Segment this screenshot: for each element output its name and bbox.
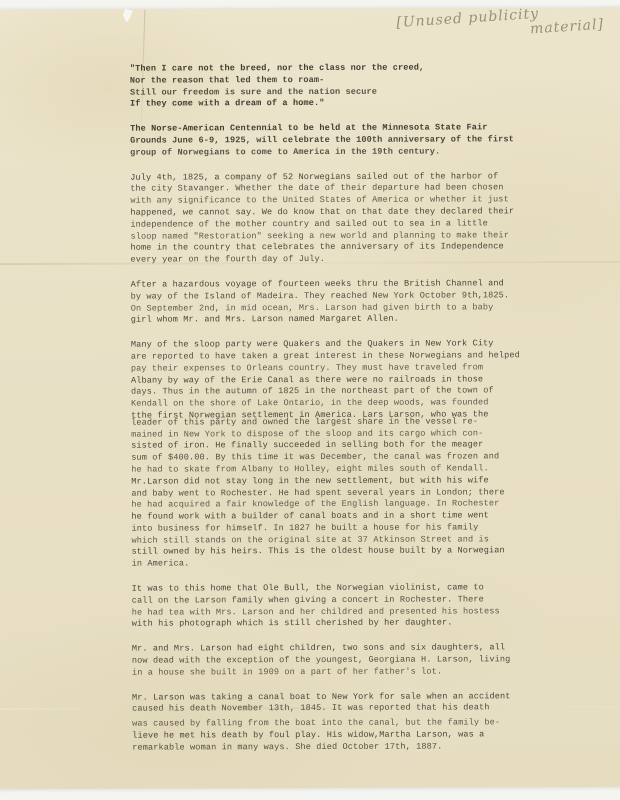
text-line: he had tea with Mrs. Larson and her chil… [132,606,522,619]
text-line: in America. [132,558,522,571]
text-line: was caused by falling from the boat into… [132,718,522,731]
paragraph-settlement: Many of the sloop party were Quakers and… [131,338,522,570]
text-line: If they come with a dream of a home." [130,98,520,111]
text-line: in a house she built in 1909 on a part o… [132,666,522,679]
paragraph-voyage: After a hazardous voyage of fourteen wee… [131,278,521,327]
paragraph-opening-quote: "Then I care not the breed, nor the clas… [130,62,520,111]
text-line: Still our freedom is sure and the nation… [130,86,520,99]
document-page: [Unused publicity material] "Then I care… [0,8,620,789]
paragraph-departure: July 4th, 1825, a company of 52 Norwegia… [130,171,520,267]
paragraph-children: Mr. and Mrs. Larson had eight children, … [132,643,522,680]
text-line: mained in New York to dispose of the slo… [131,428,521,441]
text-line: Kendall on the shore of Lake Ontario, in… [131,397,521,410]
paragraph-centennial-intro: The Norse-American Centennial to be held… [130,122,520,159]
text-line: he had to skate from Albany to Holley, e… [131,463,521,476]
text-line: he had acquired a fair knowledge of the … [131,499,521,512]
text-line: with his photograph which is still cheri… [132,618,522,631]
typewritten-text: "Then I care not the breed, nor the clas… [130,62,522,767]
text-line: every year on the fourth day of July. [130,253,520,266]
text-line: which still stands on the original site … [131,534,521,547]
text-line: remarkable woman in many ways. She died … [132,741,522,754]
text-line: girl whom Mr. and Mrs. Larson named Marg… [131,314,521,327]
scanned-document-screenshot: { "annotation": { "line1": "[Unused publ… [0,0,620,800]
text-line: caused his death November 13th, 1845. It… [132,703,522,716]
text-line: On September 2nd, in mid ocean, Mrs. Lar… [131,302,521,315]
text-line: sloop named "Restoration" seeking a new … [130,230,520,243]
paper-tear-mark [122,9,133,23]
text-line: group of Norwegians to come to America i… [130,146,520,159]
paragraph-death: Mr. Larson was taking a canal boat to Ne… [132,691,522,754]
paragraph-ole-bull-visit: It was to this home that Ole Bull, the N… [132,582,522,631]
handwritten-annotation: [Unused publicity material] [382,2,618,47]
text-line: pay their expenses to Orleans country. T… [131,362,521,375]
text-line: with any significance to the United Stat… [130,194,520,207]
